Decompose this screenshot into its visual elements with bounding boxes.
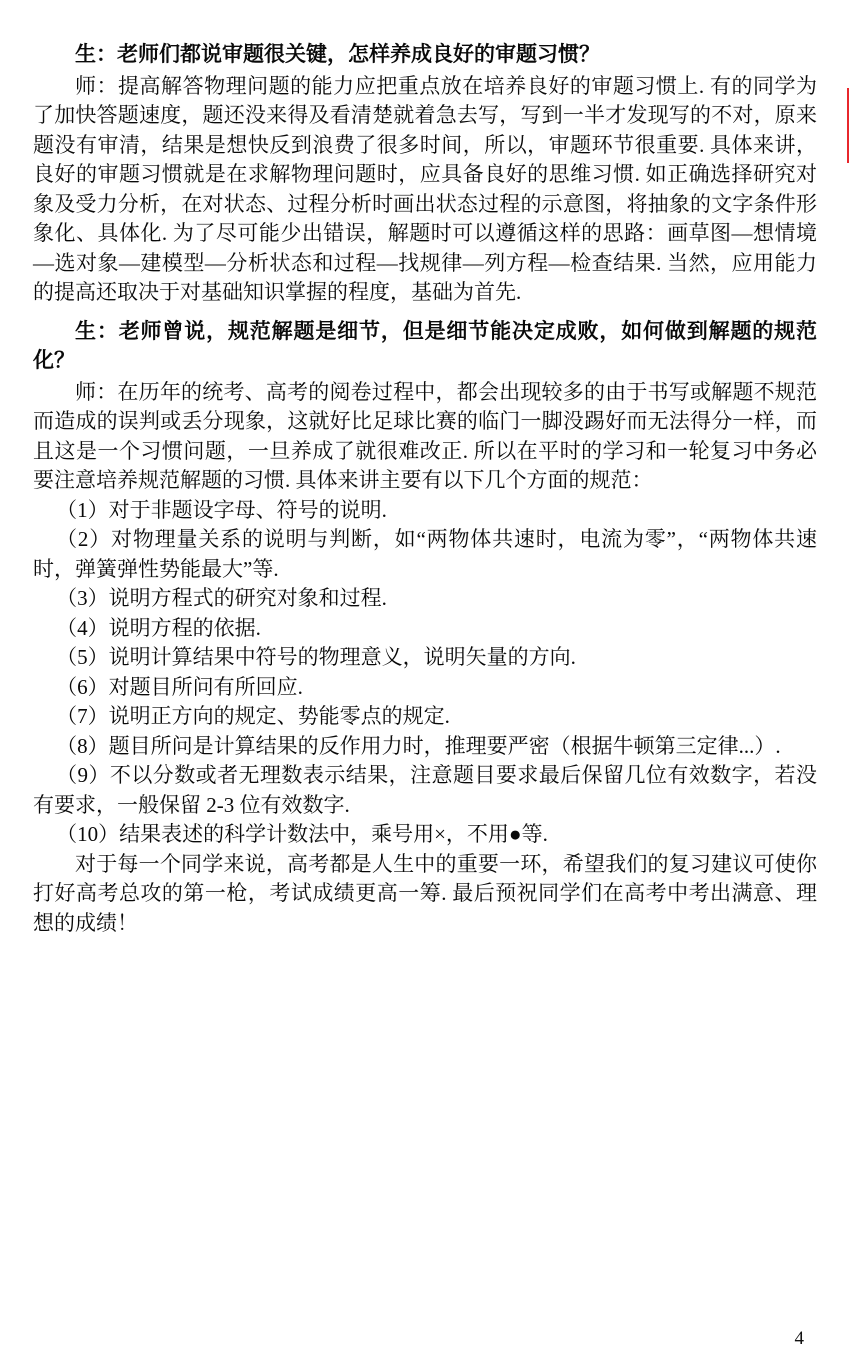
list-item: （10）结果表述的科学计数法中，乘号用×，不用●等.	[33, 820, 817, 850]
closing-paragraph: 对于每一个同学来说，高考都是人生中的重要一环，希望我们的复习建议可使你打好高考总…	[33, 850, 817, 939]
list-item: （9）不以分数或者无理数表示结果，注意题目要求最后保留几位有效数字，若没有要求，…	[33, 761, 817, 820]
list-item: （4）说明方程的依据.	[33, 614, 817, 644]
question-heading: 生：老师们都说审题很关键，怎样养成良好的审题习惯？	[33, 40, 817, 70]
answer-paragraph: 师：在历年的统考、高考的阅卷过程中，都会出现较多的由于书写或解题不规范而造成的误…	[33, 378, 817, 496]
answer-paragraph: 师：提高解答物理问题的能力应把重点放在培养良好的审题习惯上. 有的同学为了加快答…	[33, 72, 817, 308]
red-margin-mark	[847, 88, 849, 163]
list-item: （1）对于非题设字母、符号的说明.	[33, 496, 817, 526]
question-heading: 生：老师曾说，规范解题是细节，但是细节能决定成败，如何做到解题的规范化？	[33, 317, 817, 376]
list-item: （3）说明方程式的研究对象和过程.	[33, 584, 817, 614]
document-body: 生：老师们都说审题很关键，怎样养成良好的审题习惯？师：提高解答物理问题的能力应把…	[33, 40, 817, 938]
page-number: 4	[795, 1329, 805, 1348]
list-item: （5）说明计算结果中符号的物理意义，说明矢量的方向.	[33, 643, 817, 673]
list-item: （6）对题目所问有所回应.	[33, 673, 817, 703]
list-item: （2）对物理量关系的说明与判断，如“两物体共速时，电流为零”，“两物体共速时，弹…	[33, 525, 817, 584]
list-item: （7）说明正方向的规定、势能零点的规定.	[33, 702, 817, 732]
document-page: 生：老师们都说审题很关键，怎样养成良好的审题习惯？师：提高解答物理问题的能力应把…	[0, 0, 850, 1369]
list-item: （8）题目所问是计算结果的反作用力时，推理要严密（根据牛顿第三定律...）.	[33, 732, 817, 762]
